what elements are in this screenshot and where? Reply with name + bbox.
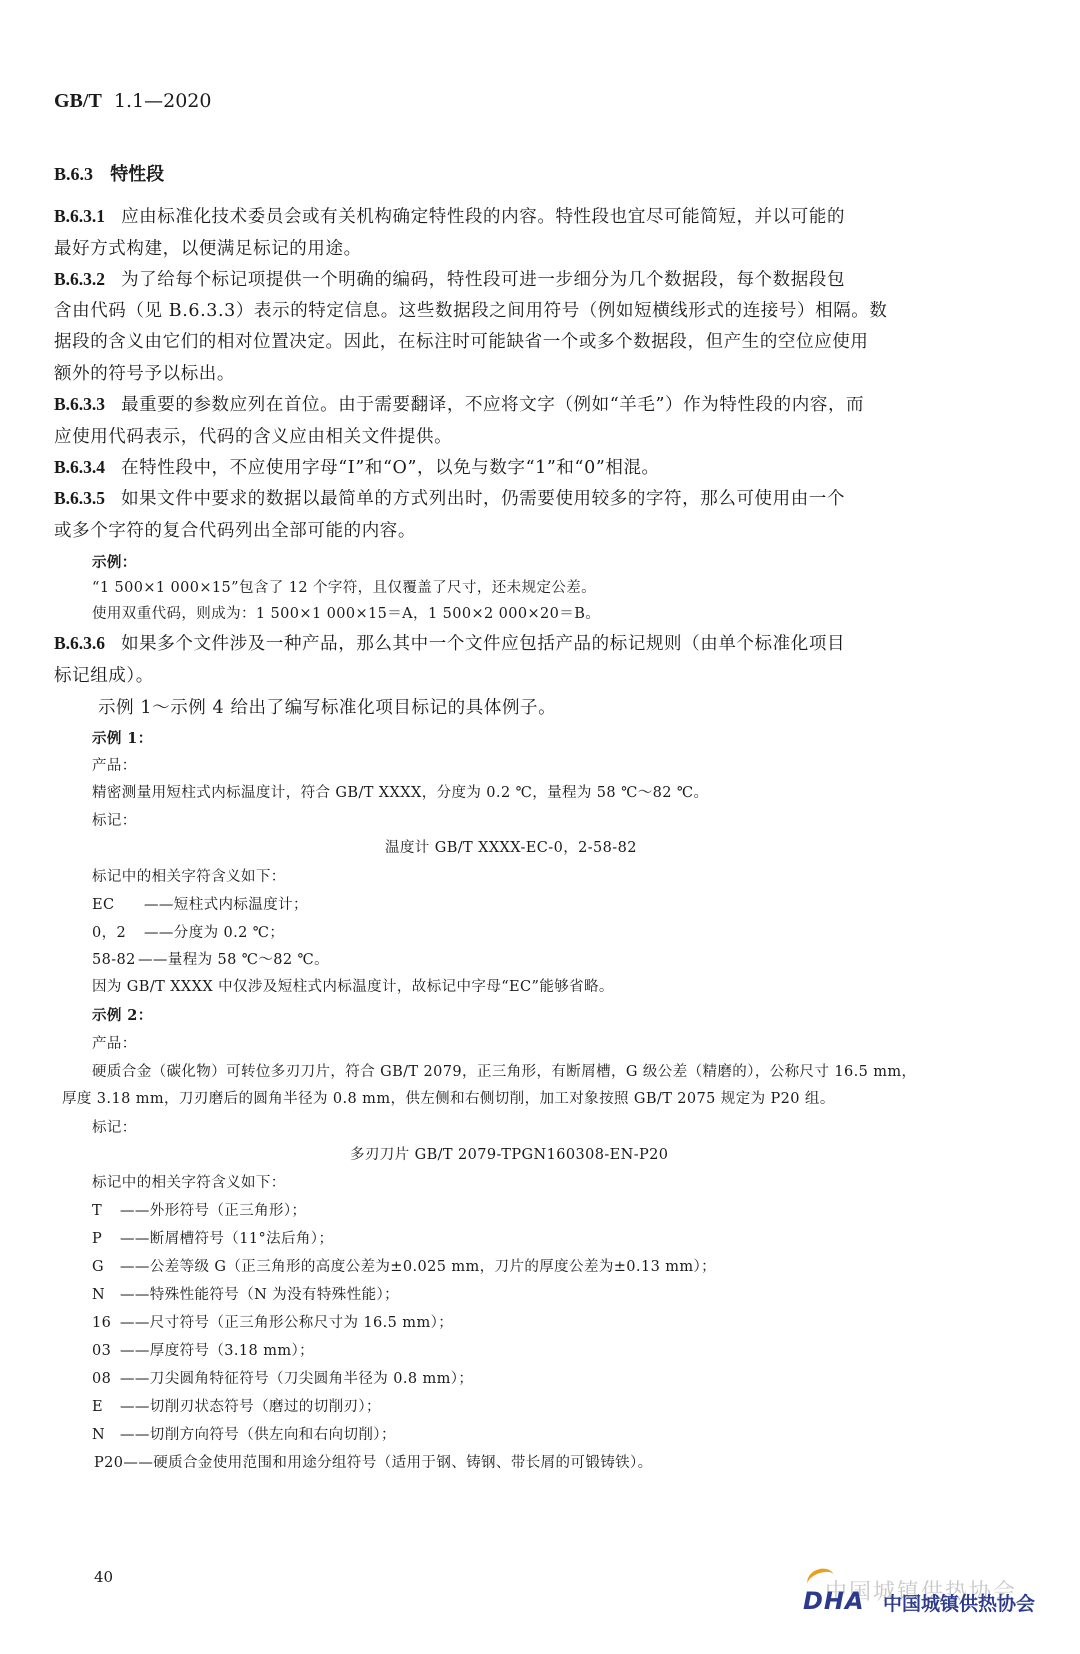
standard-header: GB/T 1.1—2020 <box>54 90 211 113</box>
clause-b632-line4: 额外的符号予以标出。 <box>54 360 235 385</box>
page-number: 40 <box>94 1568 113 1586</box>
section-heading: B.6.3 特性段 <box>54 160 164 186</box>
example1-meaning-range: 58-82——量程为 58 ℃～82 ℃。 <box>92 948 329 969</box>
logo-org-name: 中国城镇供热协会 <box>883 1589 1035 1616</box>
example1-mark: 温度计 GB/T XXXX-EC-0，2-58-82 <box>385 836 637 857</box>
clause-b632-line1: B.6.3.2为了给每个标记项提供一个明确的编码，特性段可进一步细分为几个数据段… <box>54 266 845 291</box>
example1-note: 因为 GB/T XXXX 中仅涉及短柱式内标温度计，故标记中字母“EC”能够省略… <box>92 975 614 996</box>
example2-mark: 多刃刀片 GB/T 2079-TPGN160308-EN-P20 <box>350 1143 668 1164</box>
example2-meaning-row: 03——厚度符号（3.18 mm）； <box>92 1339 314 1360</box>
clause-b632-line2: 含由代码（见 B.6.3.3）表示的特定信息。这些数据段之间用符号（例如短横线形… <box>54 297 888 322</box>
example-line2: 使用双重代码，则成为：1 500×1 000×15＝A，1 500×2 000×… <box>92 602 600 623</box>
example2-meaning-row: 08——刀尖圆角特征符号（刀尖圆角半径为 0.8 mm）； <box>92 1367 473 1388</box>
example2-meaning-row: 16——尺寸符号（正三角形公称尺寸为 16.5 mm）； <box>92 1311 453 1332</box>
example2-product-line2: 厚度 3.18 mm，刀刃磨后的圆角半径为 0.8 mm，供左侧和右侧切削，加工… <box>62 1087 835 1108</box>
example1-label: 示例 1： <box>92 727 153 748</box>
clause-b635-line1: B.6.3.5如果文件中要求的数据以最简单的方式列出时，仍需要使用较多的字符，那… <box>54 485 845 510</box>
clause-b633-line1: B.6.3.3最重要的参数应列在首位。由于需要翻译，不应将文字（例如“羊毛”）作… <box>54 391 864 416</box>
example-line1: “1 500×1 000×15”包含了 12 个字符，且仅覆盖了尺寸，还未规定公… <box>92 576 596 597</box>
watermark-logo: 中国城镇供热协会 DHA 中国城镇供热协会 <box>795 1575 1055 1615</box>
clause-b633-line2: 应使用代码表示，代码的含义应由相关文件提供。 <box>54 423 452 448</box>
example2-meaning-label: 标记中的相关字符含义如下： <box>92 1171 286 1192</box>
clause-b632-line3: 据段的含义由它们的相对位置决定。因此，在标注时可能缺省一个或多个数据段，但产生的… <box>54 328 869 353</box>
example1-meaning-ec: EC——短柱式内标温度计； <box>92 893 308 914</box>
logo-letters: DHA <box>803 1587 865 1615</box>
example2-meaning-row: N——切削方向符号（供左向和右向切削）； <box>92 1423 396 1444</box>
example2-meaning-row: P20——硬质合金使用范围和用途分组符号（适用于钢、铸钢、带长屑的可锻铸铁）。 <box>94 1451 653 1472</box>
clause-b636-line2: 标记组成）。 <box>54 662 154 687</box>
example2-label: 示例 2： <box>92 1004 153 1025</box>
clause-b634-line1: B.6.3.4在特性段中，不应使用字母“I”和“O”，以免与数字“1”和“0”相… <box>54 454 660 479</box>
example-label: 示例： <box>92 551 137 572</box>
clause-b635-line2: 或多个字符的复合代码列出全部可能的内容。 <box>54 517 416 542</box>
clause-b631-line1: B.6.3.1应由标准化技术委员会或有关机构确定特性段的内容。特性段也宜尽可能简… <box>54 203 845 228</box>
examples-intro: 示例 1～示例 4 给出了编写标准化项目标记的具体例子。 <box>98 694 556 719</box>
example2-meaning-row: P——断屑槽符号（11°法后角）； <box>92 1227 333 1248</box>
example2-meaning-row: G——公差等级 G（正三角形的高度公差为±0.025 mm，刀片的厚度公差为±0… <box>92 1255 716 1276</box>
document-page: GB/T 1.1—2020 B.6.3 特性段 B.6.3.1应由标准化技术委员… <box>0 0 1080 1654</box>
example2-product-line1: 硬质合金（碳化物）可转位多刃刀片，符合 GB/T 2079，正三角形，有断屑槽，… <box>92 1060 916 1081</box>
example1-meaning-division: 0，2——分度为 0.2 ℃； <box>92 921 284 942</box>
example1-meaning-label: 标记中的相关字符含义如下： <box>92 865 286 886</box>
example1-mark-label: 标记： <box>92 809 137 830</box>
clause-b636-line1: B.6.3.6如果多个文件涉及一种产品，那么其中一个文件应包括产品的标记规则（由… <box>54 630 845 655</box>
example1-product-label: 产品： <box>92 754 137 775</box>
example2-product-label: 产品： <box>92 1032 137 1053</box>
example1-product: 精密测量用短柱式内标温度计，符合 GB/T XXXX，分度为 0.2 ℃，量程为… <box>92 781 708 802</box>
clause-b631-line2: 最好方式构建，以便满足标记的用途。 <box>54 235 362 260</box>
example2-mark-label: 标记： <box>92 1116 137 1137</box>
example2-meaning-row: E——切削刃状态符号（磨过的切削刃）； <box>92 1395 381 1416</box>
example2-meaning-row: T——外形符号（正三角形）； <box>92 1199 306 1220</box>
example2-meaning-row: N——特殊性能符号（N 为没有特殊性能）； <box>92 1283 399 1304</box>
